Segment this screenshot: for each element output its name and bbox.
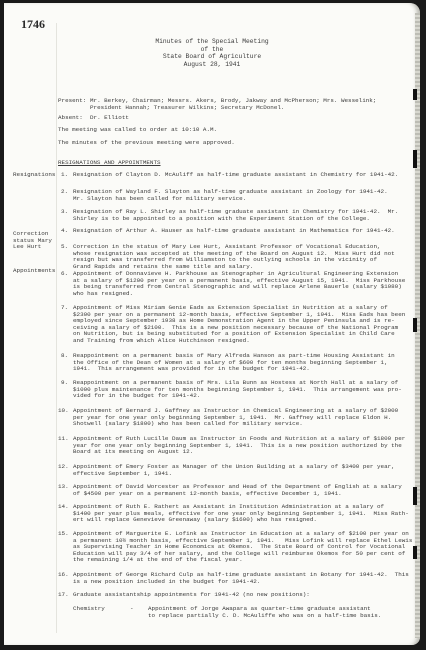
item-number: 14. [58, 504, 69, 511]
list-item: Appointment of George Richard Culp as ha… [73, 572, 393, 585]
item-number: 5. [61, 244, 68, 251]
page-number: 1746 [21, 17, 45, 32]
list-item: Appointment of Ruth Lucille Daum as Inst… [73, 436, 393, 456]
list-item: Resignation of Ray L. Shirley as half-ti… [73, 209, 393, 222]
list-item: Graduate assistantship appointments for … [73, 592, 393, 599]
scan-marker [413, 150, 417, 168]
item-number: 16. [58, 572, 69, 579]
list-item: Appointment of Emery Foster as Manager o… [73, 464, 393, 477]
item-number: 8. [61, 353, 68, 360]
list-item: Appointment of Miss Miriam Genie Eads as… [73, 305, 393, 345]
item-number: 2. [61, 189, 68, 196]
called-to-order: The meeting was called to order at 10:10… [58, 127, 217, 134]
list-item: Appointment of Ruth E. Rathert as Assist… [73, 504, 393, 524]
minutes-approved: The minutes of the previous meeting were… [58, 140, 235, 147]
header-board: State Board of Agriculture [4, 53, 420, 61]
margin-label-resignations: Resignations [13, 172, 55, 179]
sub-department: Chemistry [73, 606, 105, 613]
item-number: 13. [58, 484, 69, 491]
header-date: August 28, 1941 [4, 61, 420, 69]
absent-label: Absent: [58, 115, 83, 122]
present-line-2: President Hannah; Treasurer Wilkins; Sec… [90, 105, 284, 112]
scan-marker [413, 487, 417, 505]
list-item: Resignation of Arthur A. Hauser as half-… [73, 228, 393, 235]
margin-rule [56, 23, 57, 633]
item-number: 12. [58, 464, 69, 471]
scan-marker [413, 546, 417, 559]
scan-marker [413, 89, 417, 100]
sub-appointment-text: Appointment of Jorge Awapara as quarter-… [148, 606, 381, 619]
section-title: RESIGNATIONS AND APPOINTMENTS [58, 160, 161, 167]
list-item: Resignation of Clayton D. McAuliff as ha… [73, 172, 393, 179]
item-number: 6. [61, 271, 68, 278]
list-item: Reappointment on a permanent basis of Ma… [73, 353, 393, 373]
item-number: 11. [58, 436, 69, 443]
item-number: 17. [58, 592, 69, 599]
sub-dash: - [130, 606, 134, 613]
item-number: 1. [61, 172, 68, 179]
item-number: 7. [61, 305, 68, 312]
list-item: Correction in the status of Mary Lee Hur… [73, 244, 393, 270]
item-number: 3. [61, 209, 68, 216]
document-header: Minutes of the Special Meeting of the St… [4, 38, 420, 68]
item-number: 9. [61, 380, 68, 387]
margin-label-appointments: Appointments [13, 268, 55, 275]
document-page: 1746 Minutes of the Special Meeting of t… [4, 3, 420, 645]
item-number: 15. [58, 531, 69, 538]
list-item: Resignation of Wayland F. Slayton as hal… [73, 189, 393, 202]
scan-marker [413, 318, 417, 332]
list-item: Appointment of Bernard J. Gaffney as Ins… [73, 408, 393, 428]
absent-value: Dr. Elliott [90, 115, 129, 122]
list-item: Appointment of Donnavieve H. Parkhouse a… [73, 271, 393, 297]
header-of: of the [4, 46, 420, 54]
header-title: Minutes of the Special Meeting [4, 38, 420, 46]
list-item: Appointment of David Worcester as Profes… [73, 484, 393, 497]
item-number: 10. [58, 408, 69, 415]
margin-label-correction: Correction status Mary Lee Hurt [13, 231, 52, 251]
present-label: Present: [58, 98, 86, 105]
list-item: Reappointment on a permanent basis of Mr… [73, 380, 393, 400]
item-number: 4. [61, 228, 68, 235]
list-item: Appointment of Marguerite E. Lofink as I… [73, 531, 393, 564]
